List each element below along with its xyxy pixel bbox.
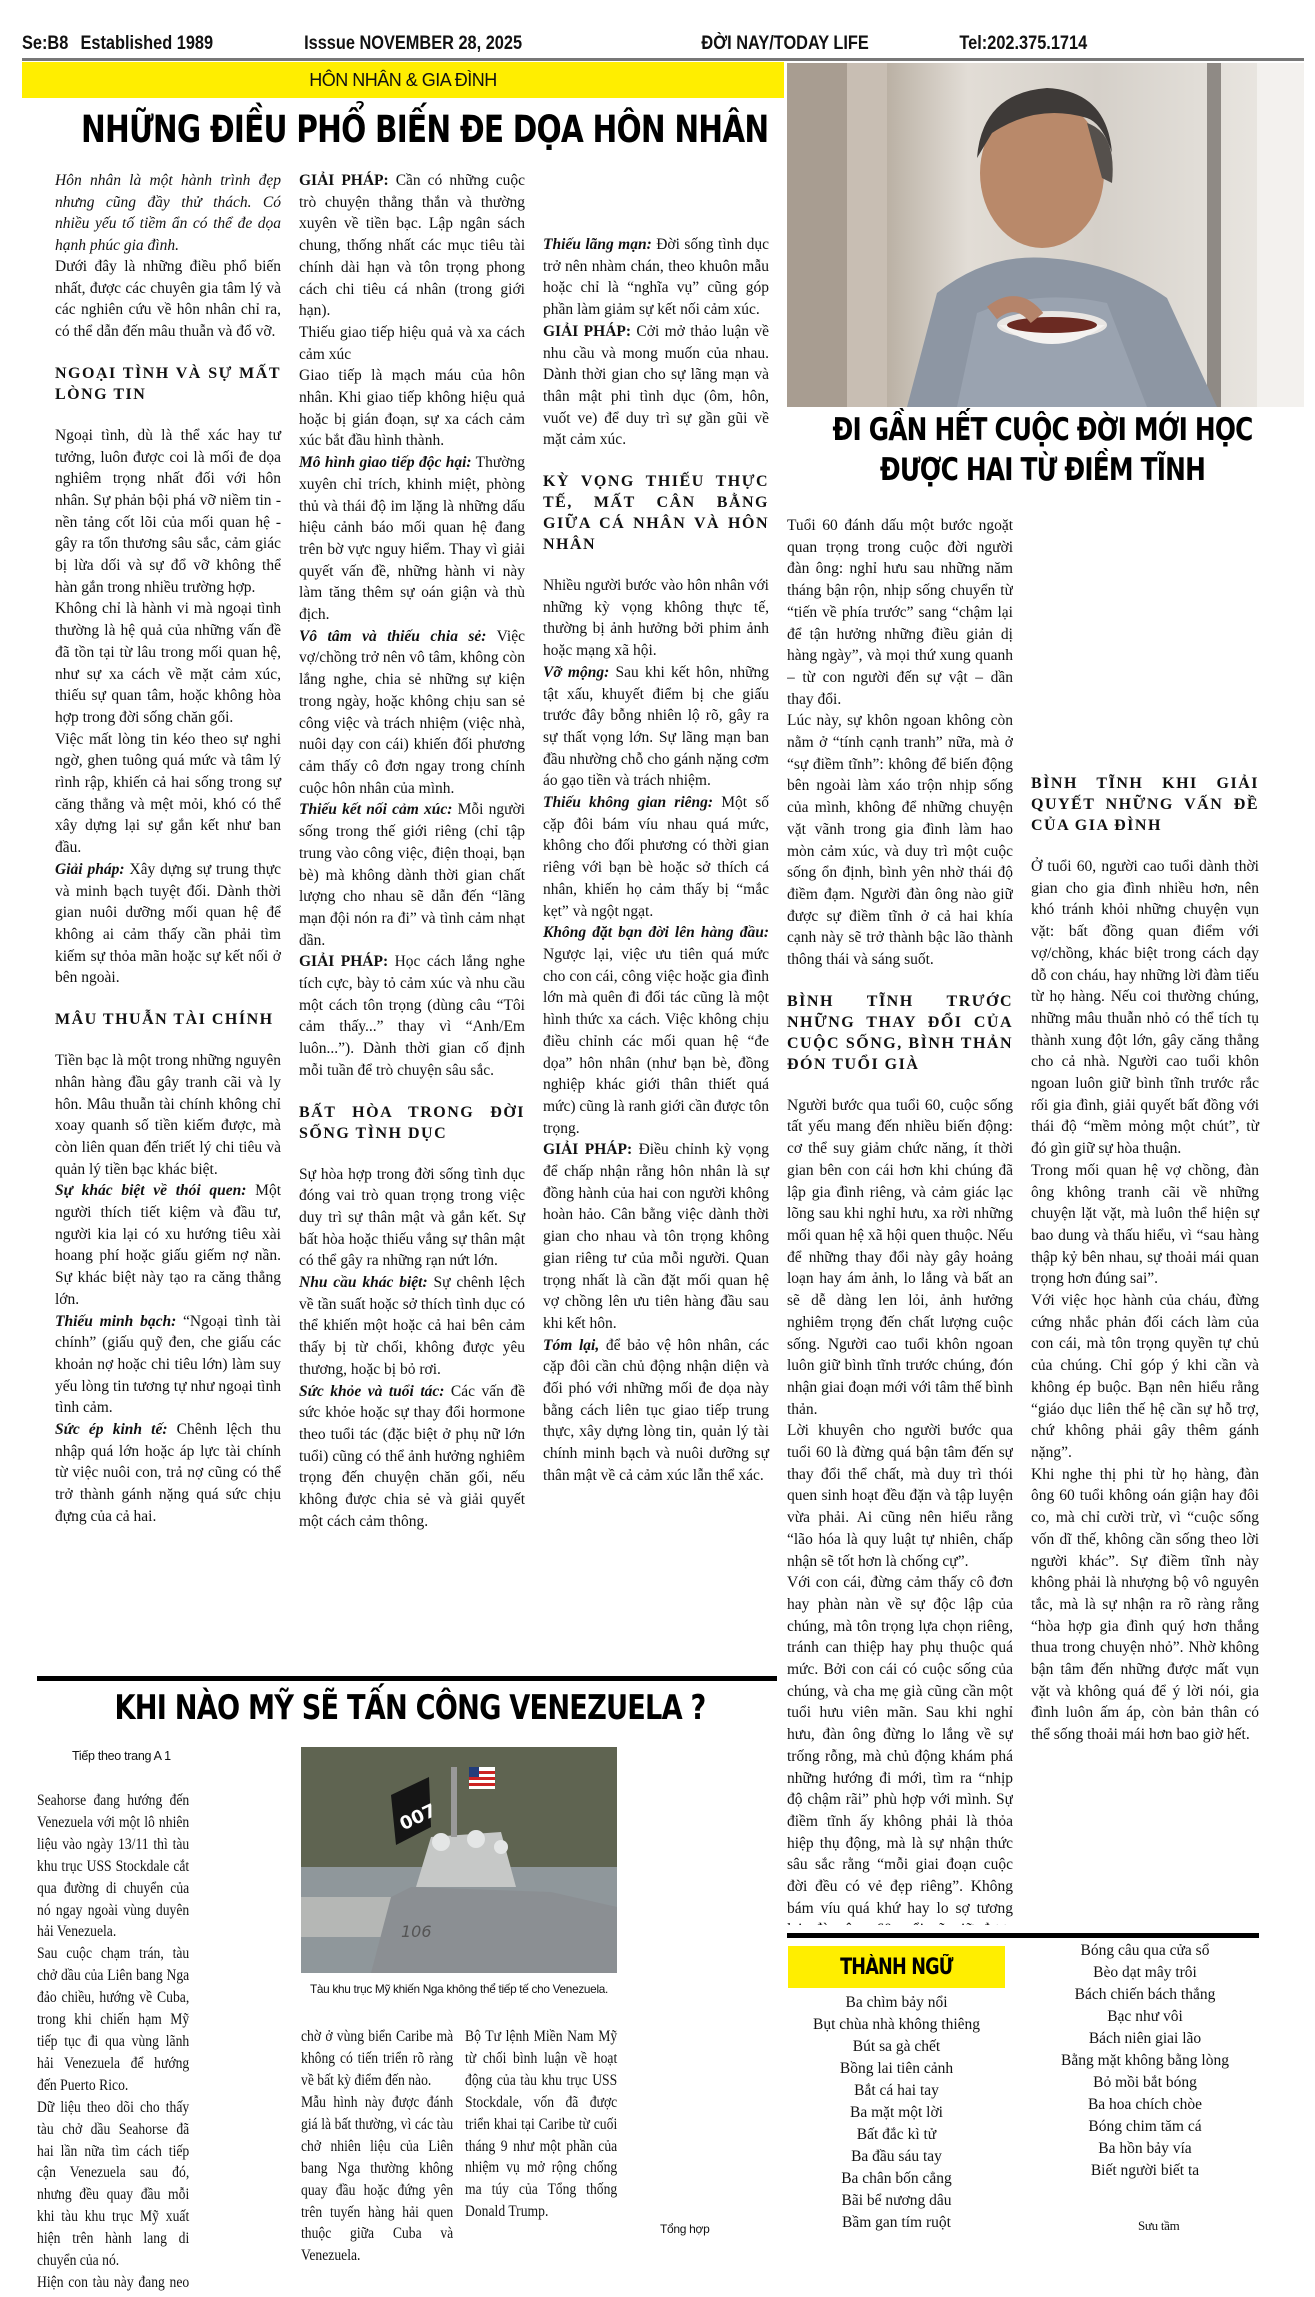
paragraph: Lời khuyên cho người bước qua tuổi 60 là… [787,1420,1013,1572]
solution-text: Cởi mở thảo luận về nhu cầu và mong muốn… [543,323,769,449]
paragraph: Thiếu lãng mạn: Đời sống tình dục trở nê… [543,234,769,321]
subhead-label: Thiếu minh bạch: [55,1313,176,1330]
idioms-right-list: Bóng câu qua cửa sổBèo dạt mây trôiBách … [1031,1940,1259,2182]
paragraph: Với việc học hành của cháu, đừng cứng nh… [1031,1290,1259,1464]
section-banner: HÔN NHÂN & GIA ĐÌNH [22,62,784,98]
paragraph: Sức khỏe và tuổi tác: Các vấn đề sức khỏ… [299,1381,525,1533]
idiom-item: Bèo dạt mây trôi [1031,1962,1259,1984]
subhead-label: Thiếu không gian riêng: [543,794,713,811]
paragraph: Giao tiếp là mạch máu của hôn nhân. Khi … [299,365,525,452]
paragraph: Với con cái, đừng cảm thấy cô đơn hay ph… [787,1572,1013,1925]
idiom-item: Bách niên giai lão [1031,2028,1259,2050]
subhead-text: Việc vợ/chồng trở nên vô tâm, không còn … [299,628,525,797]
idiom-item: Bóng câu qua cửa sổ [1031,1940,1259,1962]
summary-label: Tóm lại, [543,1337,599,1354]
hull-number: 106 [401,1922,432,1941]
idiom-item: Ba hồn bảy vía [1031,2138,1259,2160]
idiom-item: Bằng mặt không bằng lòng [1031,2050,1259,2072]
article1-column3: Thiếu lãng mạn: Đời sống tình dục trở nê… [543,234,769,1487]
subhead-label: Thiếu kết nối cảm xúc: [299,801,452,818]
solution-text: Học cách lắng nghe tích cực, bày tỏ cảm … [299,953,525,1079]
publication-name: ĐỜI NAY/TODAY LIFE [701,33,868,55]
idioms-source: Sưu tầm [1138,2218,1179,2234]
idiom-item: Bắt cá hai tay [788,2080,1005,2102]
idiom-item: Bãi bể nương dâu [788,2190,1005,2212]
section-code: Se:B8 [22,33,68,55]
heading-infidelity: NGOẠI TÌNH VÀ SỰ MẤT LÒNG TIN [55,363,281,405]
paragraph: Không chỉ là hành vi mà ngoại tình thườn… [55,598,281,728]
solution-label: Giải pháp: [55,861,125,878]
paragraph: GIẢI PHÁP: Học cách lắng nghe tích cực, … [299,951,525,1081]
heading-sexual-disharmony: BẤT HÒA TRONG ĐỜI SỐNG TÌNH DỤC [299,1102,525,1144]
idioms-left-list: Ba chìm bảy nổiBụt chùa nhà không thiêng… [788,1992,1005,2234]
subhead-text: Các vấn đề sức khỏe hoặc sự thay đổi hor… [299,1383,525,1530]
idiom-item: Ba chìm bảy nổi [788,1992,1005,2014]
article1-column1: Hôn nhân là một hành trình đẹp nhưng cũn… [55,170,281,1528]
continued-text: Hiện con tàu này đang neo chờ ở vùng biể… [301,2026,453,2092]
idiom-item: Bồng lai tiên cảnh [788,2058,1005,2080]
solution-label: GIẢI PHÁP: [543,323,631,340]
section-divider [37,1676,777,1681]
article2-column2-top: Với con cái, đừng cảm thấy cô đơn hay ph… [1031,515,1259,755]
issue-date: Isssue NOVEMBER 28, 2025 [304,33,522,55]
paragraph: Sự hòa hợp trong đời sống tình dục đóng … [299,1164,525,1273]
paragraph: GIẢI PHÁP: Cởi mở thảo luận về nhu cầu v… [543,321,769,451]
destroyer-ship-photo: 007 106 [301,1747,617,1973]
paragraph: GIẢI PHÁP: Điều chỉnh kỳ vọng để chấp nh… [543,1139,769,1334]
subhead-label: Không đặt bạn đời lên hàng đầu: [543,924,769,941]
paragraph: Vô tâm và thiếu chia sẻ: Việc vợ/chồng t… [299,626,525,800]
solution-label: GIẢI PHÁP: [299,953,388,970]
idiom-item: Bách chiến bách thắng [1031,1984,1259,2006]
masthead-rule [22,58,1304,61]
paragraph: Tiền bạc là một trong những nguyên nhân … [55,1050,281,1180]
subhead-label: Sự khác biệt về thói quen: [55,1182,246,1199]
paragraph: Nhiều người bước vào hôn nhân với những … [543,575,769,662]
paragraph: Seahorse đang hướng đến Venezuela với mộ… [37,1790,189,1943]
subhead-text: Sau khi kết hôn, những tật xấu, khuyết đ… [543,664,769,790]
paragraph: Sự khác biệt về thói quen: Một người thí… [55,1180,281,1310]
paragraph: Mô hình giao tiếp độc hại: Thường xuyên … [299,452,525,626]
idiom-item: Ba chân bốn cẳng [788,2168,1005,2190]
article3-source: Tổng hợp [660,2222,710,2236]
idiom-item: Bỏ mồi bắt bóng [1031,2072,1259,2094]
continued-from: Tiếp theo trang A 1 [72,1749,171,1763]
subhead-label: Vô tâm và thiếu chia sẻ: [299,628,486,645]
paragraph: Nhu cầu khác biệt: Sự chênh lệch về tần … [299,1272,525,1381]
paragraph: Mẫu hình này được đánh giá là bất thường… [301,2092,453,2267]
subhead-text: Ngược lại, việc ưu tiên quá mức cho con … [543,946,769,1137]
solution-label: GIẢI PHÁP: [299,172,389,189]
idiom-item: Bút sa gà chết [788,2036,1005,2058]
paragraph: Ngoại tình, dù là thể xác hay tư tưởng, … [55,425,281,599]
summary-text: để bảo vệ hôn nhân, các cặp đôi cần chủ … [543,1337,769,1484]
paragraph: Vỡ mộng: Sau khi kết hôn, những tật xấu,… [543,662,769,792]
paragraph: GIẢI PHÁP: Cần có những cuộc trò chuyện … [299,170,525,322]
article3-column2: Hiện con tàu này đang neo chờ ở vùng biể… [301,2026,453,2267]
article3-column3: Bộ Tư lệnh Miền Nam Mỹ từ chối bình luận… [465,2026,617,2223]
idiom-item: Biết người biết ta [1031,2160,1259,2182]
idiom-item: Bầm gan tím ruột [788,2212,1005,2234]
solution-text: Cần có những cuộc trò chuyện thẳng thắn … [299,172,525,319]
subhead-label: Sức ép kinh tế: [55,1421,167,1438]
paragraph: Người bước qua tuổi 60, cuộc sống tất yế… [787,1095,1013,1421]
article1-column3-top: Các vấn đề sức khỏe hoặc sự thay đổi hor… [543,170,769,234]
elderly-man-eating-photo [787,63,1304,407]
subhead-label: Vỡ mộng: [543,664,609,681]
idioms-title: THÀNH NGỮ [840,1955,953,1980]
idiom-item: Ba đầu sáu tay [788,2146,1005,2168]
idioms-title-box: THÀNH NGỮ [788,1946,1005,1988]
paragraph: Ở tuổi 60, người cao tuổi dành thời gian… [1031,856,1259,1160]
paragraph: Tóm lại, để bảo vệ hôn nhân, các cặp đôi… [543,1335,769,1487]
subhead-label: Thiếu lãng mạn: [543,236,652,253]
telephone: Tel:202.375.1714 [959,33,1087,55]
paragraph: Thiếu kết nối cảm xúc: Mỗi người sống tr… [299,799,525,951]
article2-title-line2: ĐƯỢC HAI TỪ ĐIỀM TĨNH [825,452,1261,488]
photo-caption: Tàu khu trục Mỹ khiến Nga không thể tiếp… [301,1982,617,1996]
idiom-item: Ba mặt một lời [788,2102,1005,2124]
heading-expectations: KỲ VỌNG THIẾU THỰC TẾ, MẤT CÂN BẰNG GIỮA… [543,471,769,555]
subhead-label: Mô hình giao tiếp độc hại: [299,454,472,471]
article3-title: KHI NÀO MỸ SẼ TẤN CÔNG VENEZUELA ? [114,1688,706,1728]
article1-column2: GIẢI PHÁP: Cần có những cuộc trò chuyện … [299,170,525,1532]
paragraph: Hiện con tàu này đang neo chờ ở vùng biể… [301,2026,453,2092]
subhead-text: Thường xuyên chỉ trích, khinh miệt, phòn… [299,454,525,623]
paragraph: Tuổi 60 đánh dấu một bước ngoặt quan trọ… [787,515,1013,710]
article1-intro-italic: Hôn nhân là một hành trình đẹp nhưng cũn… [55,170,281,256]
article1-title: NHỮNG ĐIỀU PHỔ BIẾN ĐE DỌA HÔN NHÂN [81,108,729,151]
paragraph: Bộ Tư lệnh Miền Nam Mỹ từ chối bình luận… [465,2026,617,2223]
paragraph: Khi nghe thị phi từ họ hàng, đàn ông 60 … [1031,1464,1259,1746]
subhead-text: Một số cặp đôi bám víu nhau quá mức, khô… [543,794,769,920]
subhead-text: Một người thích tiết kiệm và đầu tư, ngư… [55,1182,281,1308]
heading-finance: MÂU THUẪN TÀI CHÍNH [55,1009,281,1030]
idiom-item: Bụt chùa nhà không thiêng [788,2014,1005,2036]
heading-calm-family: BÌNH TĨNH KHI GIẢI QUYẾT NHỮNG VẤN ĐỀ CỦ… [1031,773,1259,836]
paragraph: Dữ liệu theo dõi cho thấy tàu chở dầu Se… [37,2097,189,2272]
solution-label: GIẢI PHÁP: [543,1141,632,1158]
paragraph: Hiện con tàu này đang neo chờ ở vùng biể… [37,2272,189,2294]
paragraph: Lúc này, sự khôn ngoan không còn nằm ở “… [787,710,1013,970]
subhead-text: Mỗi người sống trong thế giới riêng (chỉ… [299,801,525,948]
subhead-label: Nhu cầu khác biệt: [299,1274,428,1291]
paragraph: Không đặt bạn đời lên hàng đầu: Ngược lạ… [543,922,769,1139]
paragraph: Giải pháp: Xây dựng sự trung thực và min… [55,859,281,989]
article2-column1: Tuổi 60 đánh dấu một bước ngoặt quan trọ… [787,515,1013,1925]
article1-intro: Dưới đây là những điều phổ biến nhất, đư… [55,256,281,343]
paragraph: Thiếu không gian riêng: Một số cặp đôi b… [543,792,769,922]
masthead: Se:B8 Established 1989 Isssue NOVEMBER 2… [22,28,1123,60]
idiom-item: Bóng chim tăm cá [1031,2116,1259,2138]
idiom-item: Bạc như vôi [1031,2006,1259,2028]
paragraph: Thiếu giao tiếp hiệu quả và xa cách cảm … [299,322,525,365]
heading-calm-aging: BÌNH TĨNH TRƯỚC NHỮNG THAY ĐỔI CỦA CUỘC … [787,991,1013,1075]
solution-text: Xây dựng sự trung thực và minh bạch tuyệ… [55,861,281,987]
article3-column1: Seahorse đang hướng đến Venezuela với mộ… [37,1790,189,2294]
paragraph: Trong mối quan hệ vợ chồng, đàn ông khôn… [1031,1160,1259,1290]
paragraph: Sau cuộc chạm trán, tàu chở dầu của Liên… [37,1943,189,2096]
established: Established 1989 [80,33,213,55]
subhead-label: Sức khỏe và tuổi tác: [299,1383,444,1400]
solution-text: Điều chỉnh kỳ vọng để chấp nhận rằng hôn… [543,1141,769,1332]
idiom-item: Bất đắc kì tử [788,2124,1005,2146]
paragraph: Thiếu minh bạch: “Ngoại tình tài chính” … [55,1311,281,1420]
idiom-item: Ba hoa chích chòe [1031,2094,1259,2116]
article2-title-line1: ĐI GẦN HẾT CUỘC ĐỜI MỚI HỌC [825,412,1261,448]
paragraph: Sức ép kinh tế: Chênh lệch thu nhập quá … [55,1419,281,1528]
paragraph: Việc mất lòng tin kéo theo sự nghi ngờ, … [55,729,281,859]
section-divider [1031,1933,1259,1938]
